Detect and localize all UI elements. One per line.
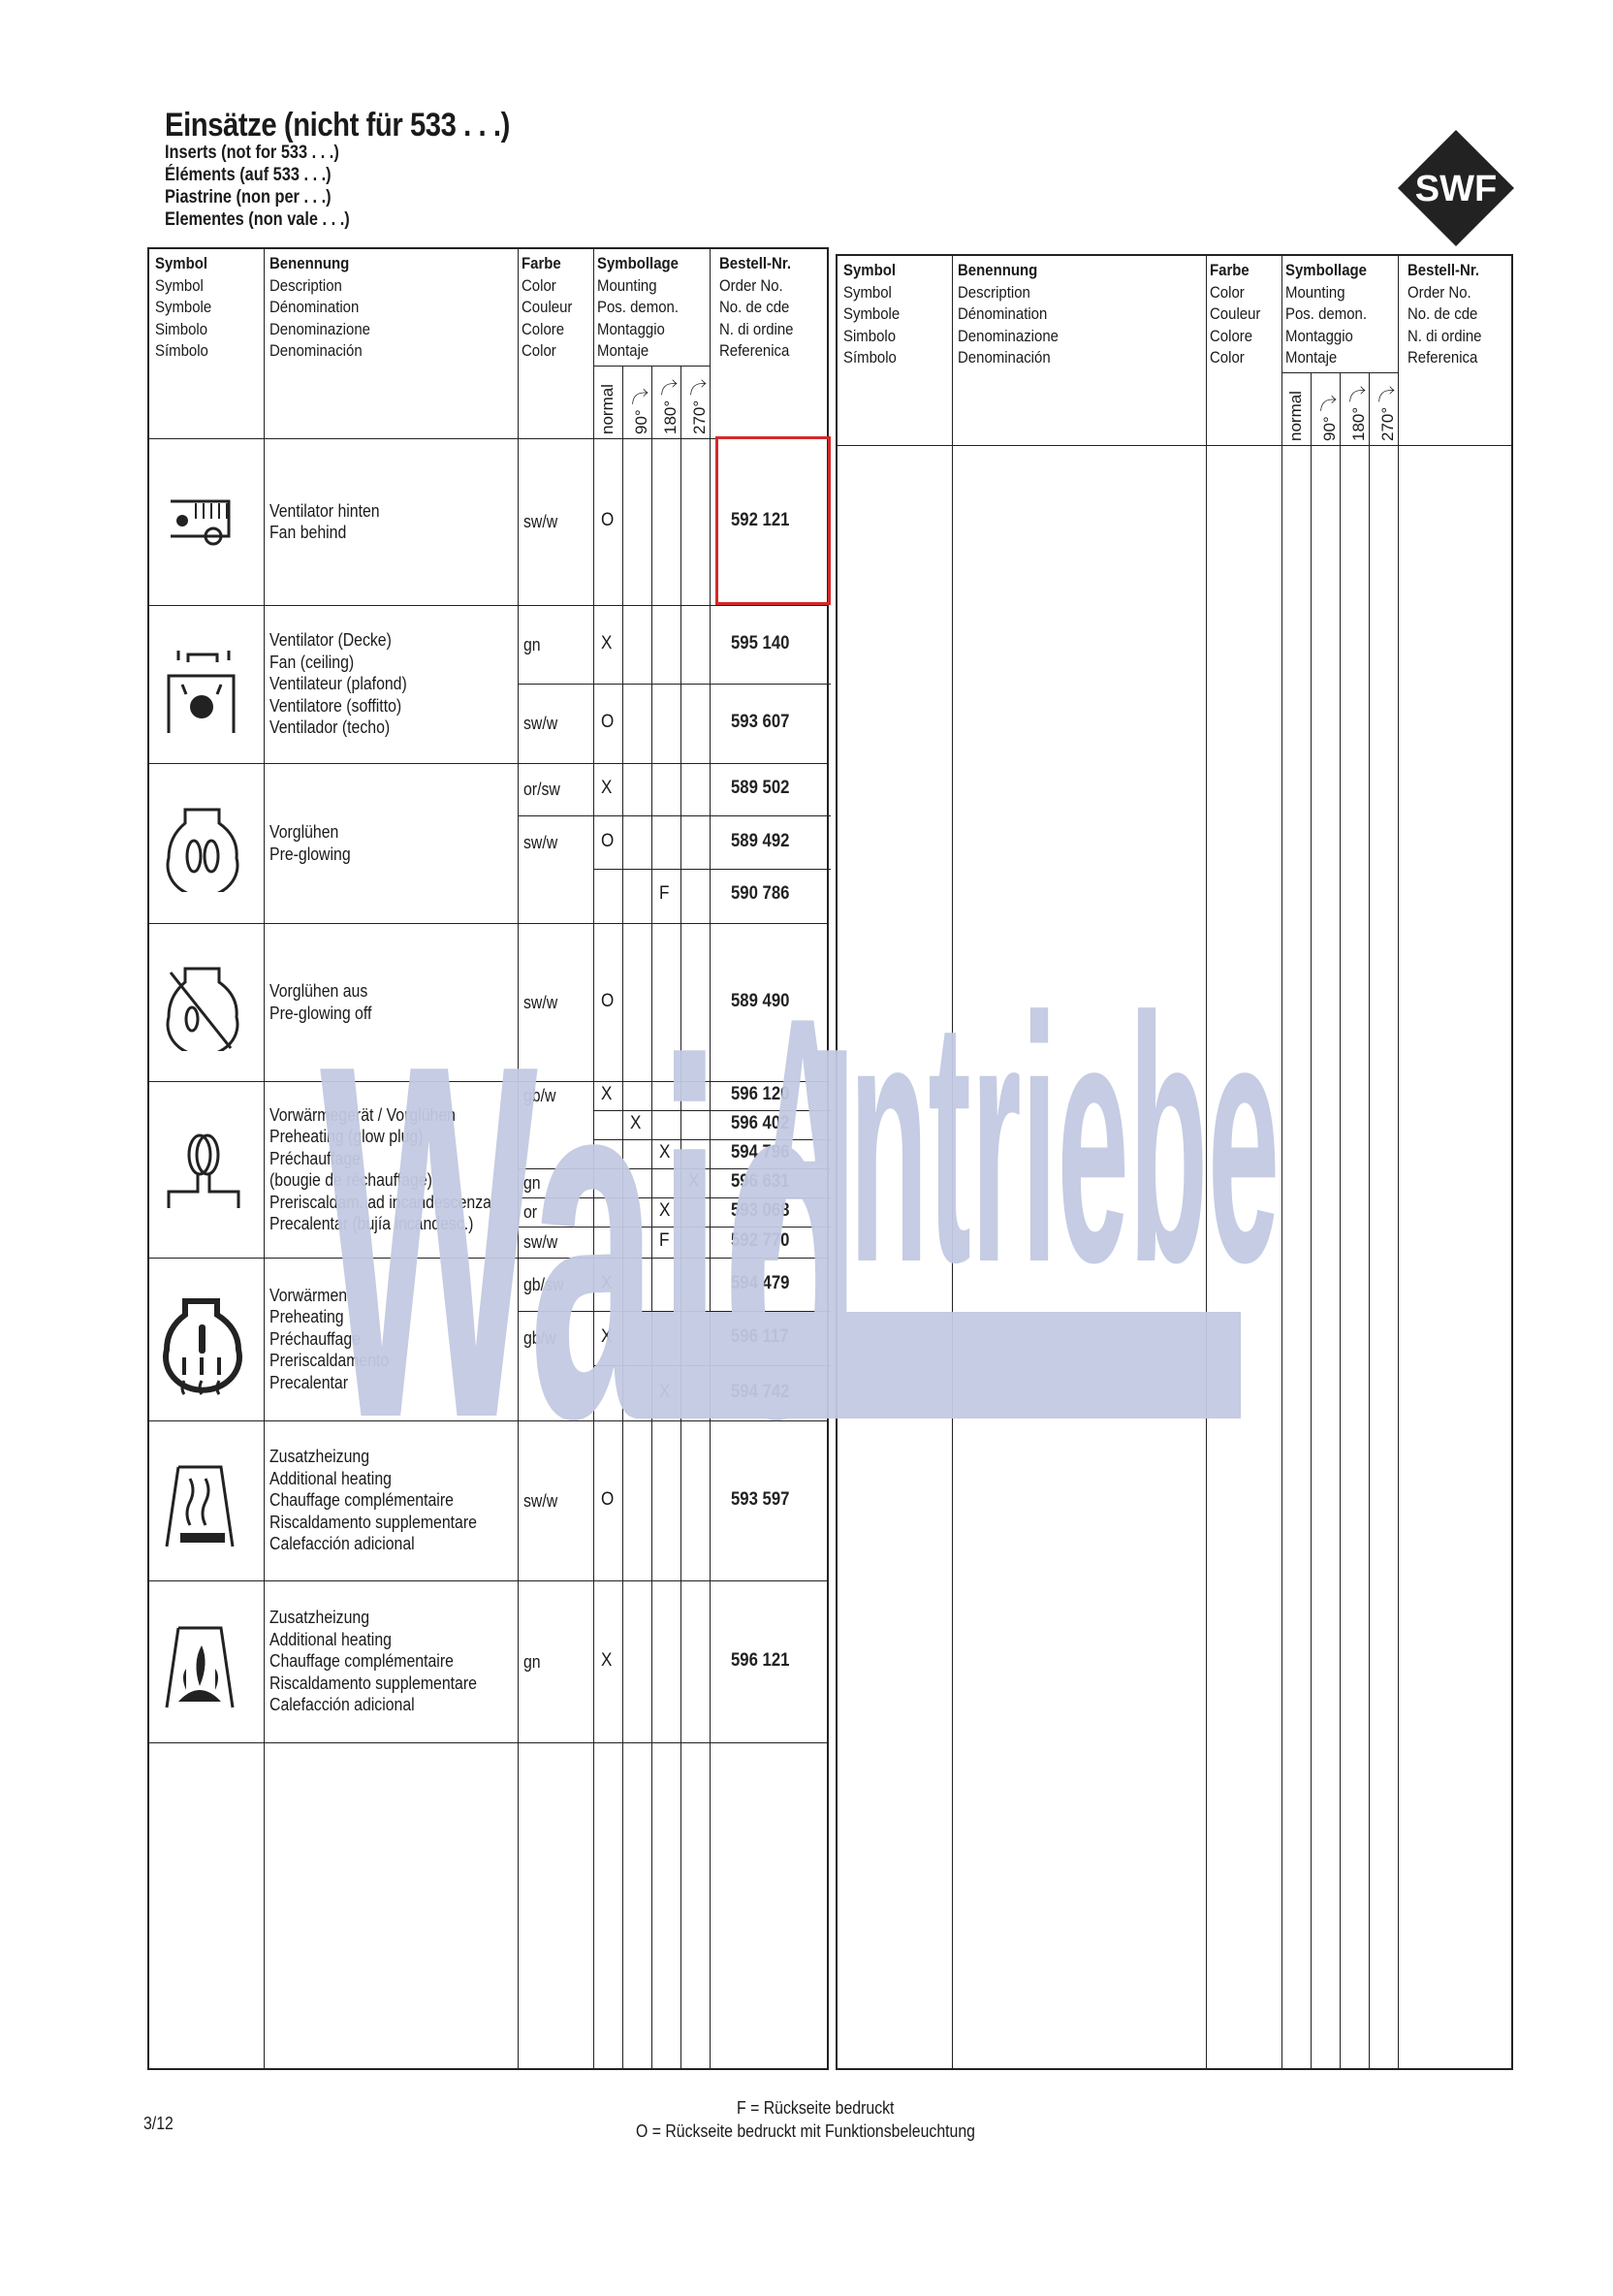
header-description-line: Benennung [269, 253, 370, 275]
order-number[interactable]: 596 631 [731, 1171, 789, 1193]
group-description: Vorglühen ausPre-glowing off [269, 980, 371, 1024]
order-number[interactable]: 594 742 [731, 1382, 789, 1403]
header-description-line: Denominazione [958, 326, 1059, 348]
color-code: gb/sw [523, 1274, 563, 1296]
left-col-divider [651, 249, 652, 2068]
description-line: Ventilator (Decke) [269, 629, 407, 652]
description-line: Additional heating [269, 1629, 477, 1651]
header-symbol-line: Symbol [155, 275, 211, 298]
header-symbol-line: Symbol [843, 282, 900, 304]
header-order-line: No. de cde [719, 297, 794, 319]
mounting-mark-normal: X [601, 1084, 612, 1105]
group-divider [149, 1258, 827, 1259]
header-description-line: Benennung [958, 260, 1059, 282]
header-order-line: Order No. [1407, 282, 1482, 304]
description-line: Zusatzheizung [269, 1607, 477, 1629]
header-mounting-line: Mounting [597, 275, 679, 298]
row-divider [593, 1139, 831, 1140]
header-mounting-line: Montaje [597, 340, 679, 363]
header-color-line: Color [522, 340, 572, 363]
left-header-color: FarbeColorCouleurColoreColor [522, 253, 572, 363]
mounting-mark-normal: O [601, 831, 614, 852]
order-number[interactable]: 594 479 [731, 1273, 789, 1294]
group-description: ZusatzheizungAdditional heatingChauffage… [269, 1607, 477, 1716]
color-code: sw/w [523, 832, 557, 854]
header-color-line: Color [1210, 282, 1260, 304]
header-mounting-line: Montaggio [597, 319, 679, 341]
title-block: Einsätze (nicht für 533 . . .) Inserts (… [165, 109, 566, 231]
row-divider [518, 684, 831, 685]
left-mounting-pos-0: normal [598, 384, 617, 434]
order-number[interactable]: 596 121 [731, 1650, 789, 1672]
header-order-line: Referenica [719, 340, 794, 363]
header-description-line: Denominación [958, 347, 1059, 369]
description-line: Ventilador (techo) [269, 717, 407, 739]
header-mounting-line: Pos. demon. [597, 297, 679, 319]
header-mounting-line: Montaje [1285, 347, 1367, 369]
right-header-description: BenennungDescriptionDénominationDenomina… [958, 260, 1059, 369]
header-color-line: Farbe [1210, 260, 1260, 282]
description-line: Fan behind [269, 522, 380, 544]
description-line: Vorglühen [269, 821, 351, 844]
mounting-mark-r180: F [659, 1230, 669, 1252]
left-col-divider [622, 249, 623, 2068]
mounting-mark-r180: X [659, 1382, 670, 1403]
left-mounting-pos-3: 270° ⤵ [685, 379, 710, 434]
row-divider [518, 1168, 831, 1169]
highlight-box [715, 436, 831, 605]
parts-table-right: SymbolSymbolSymboleSimboloSímboloBenennu… [836, 254, 1513, 2070]
left-mask [679, 249, 683, 366]
subtitle-it: Piastrine (non per . . .) [165, 186, 510, 208]
legend-f: F = Rückseite bedruckt [737, 2098, 894, 2119]
description-line: Ventilateur (plafond) [269, 673, 407, 695]
page-title: Einsätze (nicht für 533 . . .) [165, 109, 510, 142]
description-line: Calefacción adicional [269, 1533, 477, 1555]
left-header-mounting: SymbollageMountingPos. demon.MontaggioMo… [597, 253, 679, 363]
description-line: Precalentar (bujía incandesc.) [269, 1213, 491, 1235]
order-number[interactable]: 596 120 [731, 1084, 789, 1105]
description-line: Fan (ceiling) [269, 652, 407, 674]
mounting-mark-normal: O [601, 510, 614, 531]
header-order-line: Bestell-Nr. [719, 253, 794, 275]
header-symbol-line: Simbolo [843, 326, 900, 348]
order-number[interactable]: 589 502 [731, 778, 789, 799]
header-description-line: Description [958, 282, 1059, 304]
right-mounting-subheader-line [1281, 372, 1398, 373]
header-symbol-line: Símbolo [155, 340, 211, 363]
left-col-divider [593, 249, 594, 2068]
order-number[interactable]: 596 402 [731, 1113, 789, 1134]
header-symbol-line: Symbol [843, 260, 900, 282]
group-description: ZusatzheizungAdditional heatingChauffage… [269, 1446, 477, 1555]
right-col-divider [1311, 256, 1312, 2068]
color-code: gn [523, 1651, 541, 1674]
subtitle-es: Elementes (non vale . . .) [165, 208, 510, 231]
order-number[interactable]: 593 607 [731, 712, 789, 733]
additional-heating-icon [161, 1457, 248, 1559]
header-symbol-line: Symbole [843, 303, 900, 326]
fan-behind-icon [161, 478, 248, 570]
right-header-symbol: SymbolSymbolSymboleSimboloSímbolo [843, 260, 900, 369]
header-order-line: Bestell-Nr. [1407, 260, 1482, 282]
description-line: Préchauffage [269, 1148, 491, 1170]
right-header-color: FarbeColorCouleurColoreColor [1210, 260, 1260, 369]
left-mounting-pos-1: 90° ⤵ [627, 389, 651, 434]
description-line: Vorwärmen [269, 1285, 389, 1307]
group-divider [149, 923, 827, 924]
group-divider [149, 605, 827, 606]
right-col-divider [1398, 256, 1399, 2068]
color-code: sw/w [523, 511, 557, 533]
description-line: Chauffage complémentaire [269, 1489, 477, 1512]
header-order-line: No. de cde [1407, 303, 1482, 326]
right-mounting-pos-2: 180° ⤵ [1344, 386, 1369, 441]
glow-plug-icon [161, 1126, 248, 1223]
mounting-mark-normal: X [601, 1650, 612, 1672]
svg-text:SWF: SWF [1415, 169, 1497, 209]
right-col-divider [1340, 256, 1341, 2068]
order-number[interactable]: 595 140 [731, 633, 789, 654]
additional-heating-flame-icon [161, 1618, 248, 1720]
subtitle-en: Inserts (not for 533 . . .) [165, 142, 510, 164]
description-line: Additional heating [269, 1468, 477, 1490]
description-line: Vorwärmegerät / Vorglühen [269, 1104, 491, 1127]
description-line: Preriscaldam. ad incandescenza [269, 1192, 491, 1214]
group-divider [149, 1420, 827, 1421]
header-color-line: Color [1210, 347, 1260, 369]
mounting-mark-normal: X [601, 1273, 612, 1294]
mounting-mark-r90: X [630, 1113, 641, 1134]
description-line: Calefacción adicional [269, 1694, 477, 1716]
mounting-mark-r180: X [659, 1142, 670, 1164]
left-header-symbol: SymbolSymbolSymboleSimboloSímbolo [155, 253, 211, 363]
header-symbol-line: Symbol [155, 253, 211, 275]
swf-logo: SWF [1396, 128, 1516, 248]
header-symbol-line: Symbole [155, 297, 211, 319]
color-code: sw/w [523, 713, 557, 735]
mounting-mark-normal: O [601, 712, 614, 733]
header-order-line: Referenica [1407, 347, 1482, 369]
pre-glowing-off-icon [161, 959, 248, 1056]
right-col-divider [952, 256, 953, 2068]
order-number[interactable]: 590 786 [731, 883, 789, 905]
color-code: sw/w [523, 992, 557, 1014]
mounting-mark-r270: X [688, 1171, 699, 1193]
group-description: Ventilator (Decke)Fan (ceiling)Ventilate… [269, 629, 407, 739]
header-color-line: Colore [522, 319, 572, 341]
left-header-description: BenennungDescriptionDénominationDenomina… [269, 253, 370, 363]
row-divider [593, 869, 831, 870]
color-code: or [523, 1201, 537, 1224]
order-number[interactable]: 594 796 [731, 1142, 789, 1164]
mounting-mark-normal: O [601, 991, 614, 1012]
header-description-line: Denominación [269, 340, 370, 363]
order-number[interactable]: 589 490 [731, 991, 789, 1012]
order-number[interactable]: 593 597 [731, 1489, 789, 1511]
group-divider [149, 763, 827, 764]
right-mounting-pos-0: normal [1286, 391, 1306, 441]
description-line: Chauffage complémentaire [269, 1650, 477, 1673]
group-divider [149, 1081, 827, 1082]
right-header-bottom [838, 445, 1511, 446]
description-line: Riscaldamento supplementare [269, 1673, 477, 1695]
right-col-divider [1369, 256, 1370, 2068]
header-description-line: Denominazione [269, 319, 370, 341]
header-mounting-line: Symbollage [1285, 260, 1367, 282]
right-mounting-pos-1: 90° ⤵ [1315, 396, 1340, 441]
order-number[interactable]: 592 770 [731, 1230, 789, 1252]
color-code: gb/w [523, 1327, 555, 1350]
header-color-line: Color [522, 275, 572, 298]
mounting-mark-normal: O [601, 1489, 614, 1511]
mounting-mark-normal: X [601, 778, 612, 799]
row-divider [593, 1110, 831, 1111]
color-code: gn [523, 1172, 541, 1195]
header-color-line: Couleur [522, 297, 572, 319]
page-number: 3/12 [143, 2114, 174, 2134]
header-order-line: Order No. [719, 275, 794, 298]
description-line: Préchauffage [269, 1328, 389, 1351]
description-line: Preheating (glow plug) [269, 1126, 491, 1148]
pre-glowing-icon [161, 800, 248, 897]
left-col-divider [264, 249, 265, 2068]
header-description-line: Dénomination [269, 297, 370, 319]
header-mounting-line: Mounting [1285, 282, 1367, 304]
header-mounting-line: Pos. demon. [1285, 303, 1367, 326]
row-divider [518, 1197, 831, 1198]
left-col-divider [710, 249, 711, 2068]
group-description: Ventilator hintenFan behind [269, 500, 380, 544]
left-header-order: Bestell-Nr.Order No.No. de cdeN. di ordi… [719, 253, 794, 363]
header-symbol-line: Simbolo [155, 319, 211, 341]
description-line: Riscaldamento supplementare [269, 1512, 477, 1534]
right-mask [1367, 256, 1372, 372]
legend-o: O = Rückseite bedruckt mit Funktionsbele… [636, 2121, 975, 2142]
mounting-mark-normal: X [601, 1326, 612, 1348]
left-col-divider [680, 249, 681, 2068]
left-mounting-subheader-line [593, 366, 710, 367]
description-line: Pre-glowing off [269, 1003, 371, 1025]
right-col-divider [1206, 256, 1207, 2068]
color-code: gn [523, 634, 541, 656]
group-description: VorglühenPre-glowing [269, 821, 351, 865]
header-mounting-line: Symbollage [597, 253, 679, 275]
description-line: Ventilatore (soffitto) [269, 695, 407, 717]
order-number[interactable]: 593 068 [731, 1200, 789, 1222]
description-line: Preriscaldamento [269, 1350, 389, 1372]
subtitle-fr: Éléments (auf 533 . . .) [165, 164, 510, 186]
group-divider [149, 1742, 827, 1743]
right-header-mounting: SymbollageMountingPos. demon.MontaggioMo… [1285, 260, 1367, 369]
group-description: Vorwärmegerät / VorglühenPreheating (glo… [269, 1104, 491, 1235]
row-divider [518, 1227, 831, 1228]
header-order-line: N. di ordine [1407, 326, 1482, 348]
group-description: VorwärmenPreheatingPréchauffagePreriscal… [269, 1285, 389, 1394]
color-code: sw/w [523, 1490, 557, 1513]
row-divider [518, 815, 831, 816]
preheating-icon [161, 1295, 248, 1407]
color-code: or/sw [523, 779, 560, 801]
left-mounting-pos-2: 180° ⤵ [656, 379, 680, 434]
header-color-line: Farbe [522, 253, 572, 275]
right-header-order: Bestell-Nr.Order No.No. de cdeN. di ordi… [1407, 260, 1482, 369]
header-mounting-line: Montaggio [1285, 326, 1367, 348]
fan-ceiling-icon [161, 641, 248, 743]
row-divider [518, 1311, 831, 1312]
color-code: gb/w [523, 1085, 555, 1107]
mounting-mark-r180: F [659, 883, 669, 905]
header-description-line: Description [269, 275, 370, 298]
header-color-line: Colore [1210, 326, 1260, 348]
header-description-line: Dénomination [958, 303, 1059, 326]
right-col-divider [1281, 256, 1282, 2068]
description-line: Pre-glowing [269, 844, 351, 866]
right-mounting-pos-3: 270° ⤵ [1374, 386, 1398, 441]
description-line: Zusatzheizung [269, 1446, 477, 1468]
group-divider [149, 1580, 827, 1581]
header-color-line: Couleur [1210, 303, 1260, 326]
color-code: sw/w [523, 1231, 557, 1254]
description-line: Ventilator hinten [269, 500, 380, 523]
mounting-mark-normal: X [601, 633, 612, 654]
mounting-mark-r180: X [659, 1200, 670, 1222]
description-line: (bougie de réchauffage) [269, 1169, 491, 1192]
header-symbol-line: Símbolo [843, 347, 900, 369]
description-line: Vorglühen aus [269, 980, 371, 1003]
row-divider [593, 1365, 831, 1366]
order-number[interactable]: 596 117 [731, 1326, 789, 1348]
left-col-divider [518, 249, 519, 2068]
description-line: Precalentar [269, 1372, 389, 1394]
description-line: Preheating [269, 1306, 389, 1328]
order-number[interactable]: 589 492 [731, 831, 789, 852]
header-order-line: N. di ordine [719, 319, 794, 341]
